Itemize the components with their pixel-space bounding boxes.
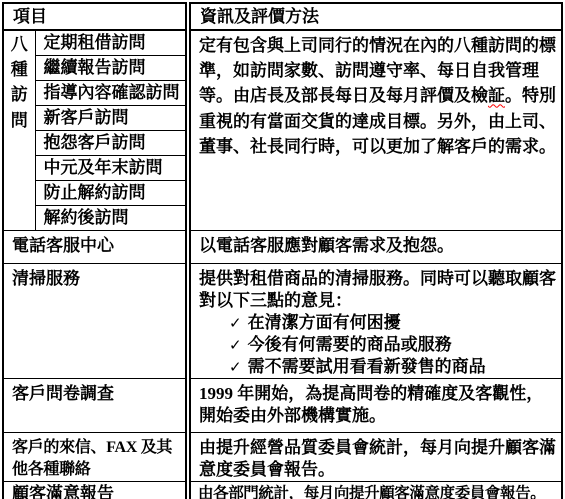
table-header-row: 項目 資訊及評價方法 xyxy=(3,3,562,30)
desc-cleaning-service: 提供對租借商品的清掃服務。同時可以聽取顧客對以下三點的意見： ✓在清潔方面有何困… xyxy=(188,264,562,379)
table-row: 電話客服中心 以電話客服應對顧客需求及抱怨。 xyxy=(3,231,562,264)
item-cleaning-service: 清掃服務 xyxy=(3,264,188,379)
table-row: 客戶的來信、FAX 及其他各種聯絡 由提升經營品質委員會統計，每月向提升顧客滿意… xyxy=(3,433,562,482)
table-row: 客戶問卷調查 1999 年開始，為提高問卷的精確度及客觀性，開始委由外部機構實施… xyxy=(3,379,562,433)
item-satisfaction-report: 顧客滿意報告 xyxy=(3,482,188,499)
evaluation-methods-table: 項目 資訊及評價方法 八種訪問 定期租借訪問 定有包含與上司同行的情況在內的八種… xyxy=(2,2,563,499)
feedback-bullet: ✓需不需要試用看看新發售的商品 xyxy=(229,356,559,378)
desc-satisfaction-report: 由各部門統計，每月向提升顧客滿意度委員會報告。 xyxy=(188,482,562,499)
table-row: 八種訪問 定期租借訪問 定有包含與上司同行的情況在內的八種訪問的標準，如訪問家數… xyxy=(3,30,562,56)
check-icon: ✓ xyxy=(229,336,242,354)
feedback-bullet: ✓今後有何需要的商品或服務 xyxy=(229,334,559,356)
cleaning-service-intro: 提供對租借商品的清掃服務。同時可以聽取顧客對以下三點的意見： xyxy=(199,268,559,312)
eight-visits-description-cell: 定有包含與上司同行的情況在內的八種訪問的標準，如訪問家數、訪問遵守率、每日自我管… xyxy=(188,30,562,231)
visit-item-midyear-yearend: 中元及年末訪問 xyxy=(35,156,188,181)
check-icon: ✓ xyxy=(229,314,242,332)
bullet-text: 需不需要試用看看新發售的商品 xyxy=(248,357,486,376)
desc-phone-service-center: 以電話客服應對顧客需求及抱怨。 xyxy=(188,231,562,264)
visit-item-after-cancellation: 解約後訪問 xyxy=(35,206,188,231)
table-row: 清掃服務 提供對租借商品的清掃服務。同時可以聽取顧客對以下三點的意見： ✓在清潔… xyxy=(3,264,562,379)
item-phone-service-center: 電話客服中心 xyxy=(3,231,188,264)
header-cell-method: 資訊及評價方法 xyxy=(188,3,562,30)
visit-item-complaint-customer: 抱怨客戶訪問 xyxy=(35,131,188,156)
document-page: 項目 資訊及評價方法 八種訪問 定期租借訪問 定有包含與上司同行的情況在內的八種… xyxy=(0,0,565,499)
visit-item-continuing-report: 繼續報告訪問 xyxy=(35,56,188,81)
eight-visits-vertical-label-cell: 八種訪問 xyxy=(3,30,35,231)
desc-customer-questionnaire: 1999 年開始，為提高問卷的精確度及客觀性，開始委由外部機構實施。 xyxy=(188,379,562,433)
visit-item-new-customer: 新客戶訪問 xyxy=(35,106,188,131)
check-icon: ✓ xyxy=(229,358,242,376)
bullet-text: 今後有何需要的商品或服務 xyxy=(248,335,452,354)
desc-letters-fax-contact: 由提升經營品質委員會統計，每月向提升顧客滿意度委員會報告。 xyxy=(188,433,562,482)
table-row: 顧客滿意報告 由各部門統計，每月向提升顧客滿意度委員會報告。 xyxy=(3,482,562,499)
visit-item-periodic-rental: 定期租借訪問 xyxy=(35,30,188,56)
visit-item-prevent-cancellation: 防止解約訪問 xyxy=(35,181,188,206)
eight-visits-vertical-label: 八種訪問 xyxy=(10,32,28,133)
spellchecked-word: 証 xyxy=(488,86,505,105)
visit-item-guidance-confirm: 指導內容確認訪問 xyxy=(35,81,188,106)
item-letters-fax-contact: 客戶的來信、FAX 及其他各種聯絡 xyxy=(3,433,188,482)
header-cell-item: 項目 xyxy=(3,3,188,30)
bullet-text: 在清潔方面有何困擾 xyxy=(248,313,401,332)
feedback-bullet: ✓在清潔方面有何困擾 xyxy=(229,312,559,334)
item-customer-questionnaire: 客戶問卷調查 xyxy=(3,379,188,433)
